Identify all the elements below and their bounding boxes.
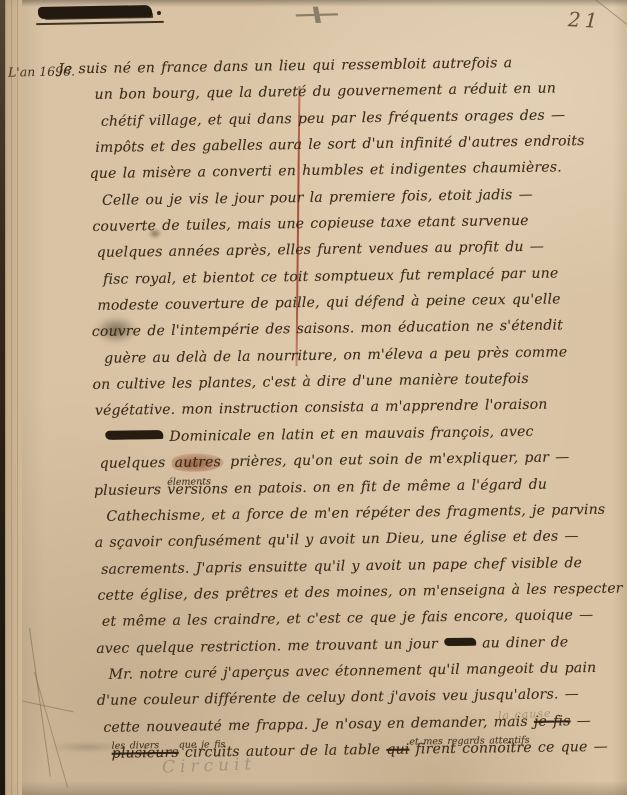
manuscript-text: Cathechisme, et a force de m'en répéter … [106, 502, 605, 525]
manuscript-text: végétative. mon instruction consista a m… [95, 397, 548, 419]
manuscript-text: versions en patois. on en fit de même a … [167, 476, 547, 497]
blotted-text: autres [172, 453, 225, 472]
manuscript-text: d'une couleur différente de celuy dont j… [97, 686, 579, 709]
manuscript-text: Je suis né en france dans un lieu qui re… [58, 55, 512, 77]
manuscript-text: a sçavoir confusément qu'il y avoit un D… [95, 528, 579, 551]
scribbled-out-word [38, 5, 152, 19]
pencil-note-la-cause: la cause [498, 707, 552, 723]
manuscript-text: au diner de [476, 634, 569, 651]
manuscript-text: Mr. notre curé j'aperçus avec étonnement… [109, 660, 597, 683]
manuscript-text: avec quelque restriction. me trouvant un… [96, 636, 444, 657]
manuscript-text: chétif village, et qui dans peu par les … [101, 107, 566, 129]
manuscript-text-block: Je suis né en france dans un lieu qui re… [88, 49, 626, 768]
manuscript-text: prières, qu'on eut soin de m'expliquer, … [224, 449, 570, 470]
manuscript-text: guère au delà de la nourriture, on m'éle… [104, 344, 567, 366]
scribbled-out-text [105, 430, 163, 440]
manuscript-text: que la misère a converti en humbles et i… [90, 160, 562, 183]
page-number: 21 [567, 7, 602, 33]
manuscript-text: et même a les craindre, et c'est ce que … [102, 607, 594, 630]
manuscript-text: quelques années après, elles furent vend… [97, 239, 544, 261]
struck-text: qui [386, 742, 409, 758]
manuscript-text: Celle ou je vis le jour pour la premiere… [102, 187, 533, 209]
manuscript-text: cette église, des prêtres et des moines,… [97, 580, 622, 603]
pencil-cross-icon: + [196, 0, 438, 41]
manuscript-text: impôts et des gabelles aura le sort d'un… [95, 133, 585, 156]
manuscript-text: cette nouveauté me frappa. Je n'osay en … [103, 713, 534, 735]
page-left-edge [5, 0, 22, 795]
fold-crease [34, 672, 68, 788]
scribble-underline [36, 21, 164, 25]
scribbled-out-text [444, 637, 476, 645]
manuscript-text: quelques [100, 455, 172, 472]
scribble-period-dot [157, 11, 161, 15]
manuscript-text: — [570, 713, 591, 729]
manuscript-text: couvre de l'intempérie des saisons. mon … [92, 318, 563, 341]
manuscript-text: couverte de tuiles, mais une copieuse ta… [92, 213, 529, 235]
manuscript-text: autour de la table [246, 742, 387, 760]
pencil-smear [52, 742, 122, 752]
manuscript-text: plusieurs [94, 481, 167, 498]
pencil-note-circuit: Circuit [162, 754, 257, 777]
manuscript-text: on cultive les plantes, c'est à dire d'u… [92, 371, 528, 393]
manuscript-text: un bon bourg, que la dureté du gouvernem… [94, 81, 556, 103]
manuscript-text: sacrements. J'apris ensuitte qu'il y avo… [101, 555, 582, 578]
manuscript-text: Dominicale en latin et en mauvais franço… [163, 424, 533, 445]
fold-crease [22, 701, 73, 713]
manuscript-page: + 21 L'an 1696. Je suis né en france dan… [0, 0, 627, 795]
manuscript-text: fisc royal, et bientot ce toit somptueux… [103, 265, 558, 287]
manuscript-text: modeste couverture de paille, qui défend… [97, 292, 560, 314]
